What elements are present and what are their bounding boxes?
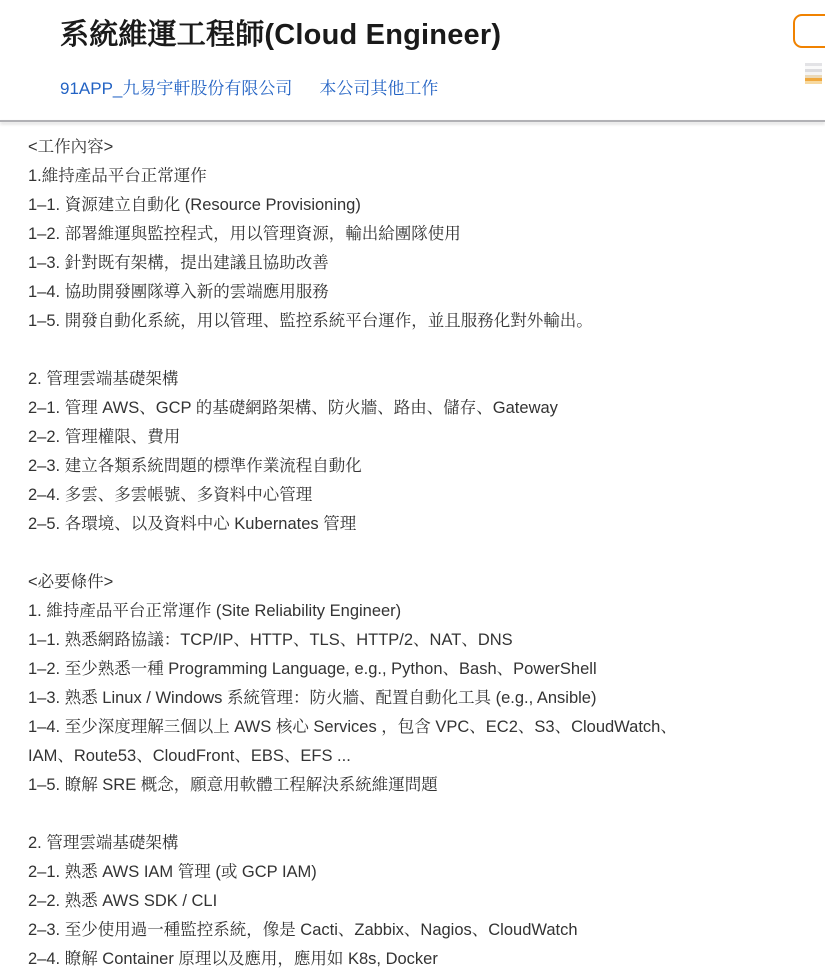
job-header: 系統維運工程師(Cloud Engineer) 91APP_九易宇軒股份有限公司… bbox=[0, 0, 825, 122]
page-title: 系統維運工程師(Cloud Engineer) bbox=[60, 12, 501, 53]
job-description-line: 2–3. 至少使用過一種監控系統，像是 Cacti、Zabbix、Nagios、… bbox=[28, 916, 765, 945]
job-description-line: 2. 管理雲端基礎架構 bbox=[28, 829, 765, 858]
job-description-line: 2–2. 熟悉 AWS SDK / CLI bbox=[28, 887, 765, 916]
job-description-line: 2. 管理雲端基礎架構 bbox=[28, 365, 765, 394]
job-description-line: 2–4. 多雲、多雲帳號、多資料中心管理 bbox=[28, 481, 765, 510]
job-description-line: 1–2. 至少熟悉一種 Programming Language, e.g., … bbox=[28, 655, 765, 684]
other-jobs-link[interactable]: 本公司其他工作 bbox=[319, 78, 438, 100]
job-description-line bbox=[28, 800, 765, 829]
striped-thumbnail-icon bbox=[805, 63, 822, 84]
job-description-line: 1–1. 資源建立自動化 (Resource Provisioning) bbox=[28, 191, 765, 220]
header-links: 91APP_九易宇軒股份有限公司 本公司其他工作 bbox=[60, 78, 438, 100]
job-description-line: 1–3. 針對既有架構，提出建議且協助改善 bbox=[28, 249, 765, 278]
job-description-line: 2–5. 各環境、以及資料中心 Kubernates 管理 bbox=[28, 510, 765, 539]
job-description-line: <工作內容> bbox=[28, 133, 765, 162]
job-description-line: 1–4. 協助開發團隊導入新的雲端應用服務 bbox=[28, 278, 765, 307]
job-description-line: IAM、Route53、CloudFront、EBS、EFS ... bbox=[28, 742, 765, 771]
job-description-line: 1.維持產品平台正常運作 bbox=[28, 162, 765, 191]
job-description: <工作內容>1.維持產品平台正常運作1–1. 資源建立自動化 (Resource… bbox=[0, 122, 825, 970]
apply-button[interactable] bbox=[793, 14, 825, 48]
job-description-line: 1–1. 熟悉網路協議：TCP/IP、HTTP、TLS、HTTP/2、NAT、D… bbox=[28, 626, 765, 655]
job-description-line: 1. 維持產品平台正常運作 (Site Reliability Engineer… bbox=[28, 597, 765, 626]
job-description-line: 2–2. 管理權限、費用 bbox=[28, 423, 765, 452]
company-link[interactable]: 91APP_九易宇軒股份有限公司 bbox=[60, 78, 292, 100]
job-description-line: 2–4. 瞭解 Container 原理以及應用，應用如 K8s, Docker bbox=[28, 945, 765, 970]
job-description-line: 1–2. 部署維運與監控程式，用以管理資源，輸出給團隊使用 bbox=[28, 220, 765, 249]
job-description-line: 1–5. 瞭解 SRE 概念，願意用軟體工程解決系統維運問題 bbox=[28, 771, 765, 800]
job-description-line: 1–3. 熟悉 Linux / Windows 系統管理：防火牆、配置自動化工具… bbox=[28, 684, 765, 713]
job-description-line: 2–1. 管理 AWS、GCP 的基礎網路架構、防火牆、路由、儲存、Gatewa… bbox=[28, 394, 765, 423]
job-description-line bbox=[28, 539, 765, 568]
job-description-line: <必要條件> bbox=[28, 568, 765, 597]
job-description-line bbox=[28, 336, 765, 365]
job-description-line: 2–1. 熟悉 AWS IAM 管理 (或 GCP IAM) bbox=[28, 858, 765, 887]
job-description-line: 2–3. 建立各類系統問題的標準作業流程自動化 bbox=[28, 452, 765, 481]
job-description-line: 1–5. 開發自動化系統，用以管理、監控系統平台運作，並且服務化對外輸出。 bbox=[28, 307, 765, 336]
job-description-line: 1–4. 至少深度理解三個以上 AWS 核心 Services ，包含 VPC、… bbox=[28, 713, 765, 742]
